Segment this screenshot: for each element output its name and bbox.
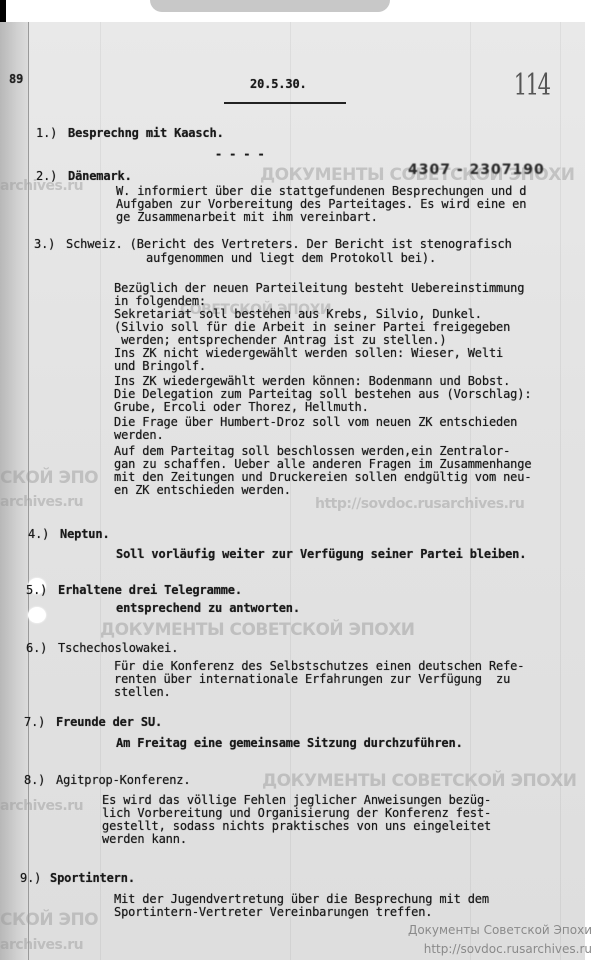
item-text-line: renten über internationale Erfahrungen z…	[114, 673, 510, 686]
item-heading-continued: aufgenommen und liegt dem Protokoll bei)…	[146, 252, 436, 265]
section-separator: - - - -	[215, 148, 265, 161]
item-text-line: stellen.	[114, 686, 171, 699]
item-text-line: ge Zusammenarbeit mit ihm vereinbart.	[116, 211, 378, 224]
footer-archive-title: Документы Советской Эпохи	[408, 923, 592, 937]
item-heading: Sportintern.	[50, 872, 135, 885]
item-number: 3.)	[34, 238, 55, 251]
item-text-line: Am Freitag eine gemeinsame Sitzung durch…	[116, 737, 463, 750]
watermark-url: http://sovdoc.rusarchives.ru	[315, 496, 524, 512]
watermark-title: ДОКУМЕНТЫ СОВЕТСКОЙ ЭПОХИ	[262, 771, 577, 791]
item-number: 9.)	[20, 872, 41, 885]
item-text-line: werden.	[114, 429, 164, 442]
item-text-line: entsprechend zu antworten.	[116, 602, 300, 615]
watermark-fragment: СКОЙ ЭПО	[0, 468, 98, 488]
item-text-line: werden kann.	[102, 833, 187, 846]
watermark-fragment: archives.ru	[0, 937, 83, 953]
scan-line	[100, 22, 101, 960]
item-text-line: und Bringolf.	[114, 360, 206, 373]
item-number: 2.)	[36, 170, 57, 183]
item-text-line: Soll vorläufig weiter zur Verfügung sein…	[116, 548, 526, 561]
item-heading: Erhaltene drei Telegramme.	[58, 584, 242, 597]
item-heading: Besprechng mit Kaasch.	[68, 127, 224, 140]
item-number: 6.)	[26, 642, 47, 655]
item-text-line: en ZK entschieden werden.	[114, 484, 291, 497]
punch-hole	[28, 607, 46, 623]
item-text-line: Die Frage über Humbert-Droz soll vom neu…	[114, 416, 517, 429]
item-heading: Tschechoslowakei.	[58, 642, 178, 655]
item-number: 1.)	[36, 127, 57, 140]
item-heading: Neptun.	[60, 528, 110, 541]
item-heading: Freunde der SU.	[56, 716, 162, 729]
item-text-line: Grube, Ercoli oder Thorez, Hellmuth.	[114, 401, 369, 414]
watermark-fragment: СКОЙ ЭПО	[0, 910, 98, 930]
footer-archive-url: http://sovdoc.rusarchives.ru	[424, 942, 592, 956]
item-heading: Agitprop-Konferenz.	[56, 774, 190, 787]
watermark-fragment: archives.ru	[0, 494, 83, 510]
torn-top-edge	[150, 0, 390, 12]
item-heading: Dänemark.	[68, 170, 132, 183]
item-number: 8.)	[24, 774, 45, 787]
folio-number: 89	[9, 73, 23, 86]
item-number: 4.)	[28, 528, 49, 541]
date-underline	[224, 102, 346, 104]
watermark-title: ДОКУМЕНТЫ СОВЕТСКОЙ ЭПОХИ	[100, 620, 415, 640]
watermark-fragment: archives.ru	[0, 798, 83, 814]
document-date: 20.5.30.	[250, 78, 307, 91]
item-heading: Schweiz. (Bericht des Vertreters. Der Be…	[66, 238, 512, 251]
item-text-line: Sportintern-Vertreter Vereinbarungen tre…	[114, 906, 432, 919]
item-number: 7.)	[24, 716, 45, 729]
page-binding-edge	[0, 22, 29, 960]
handwritten-page-number: 114	[514, 68, 550, 103]
archive-stamp: 4307 - 2307190	[408, 162, 578, 184]
item-number: 5.)	[26, 584, 47, 597]
